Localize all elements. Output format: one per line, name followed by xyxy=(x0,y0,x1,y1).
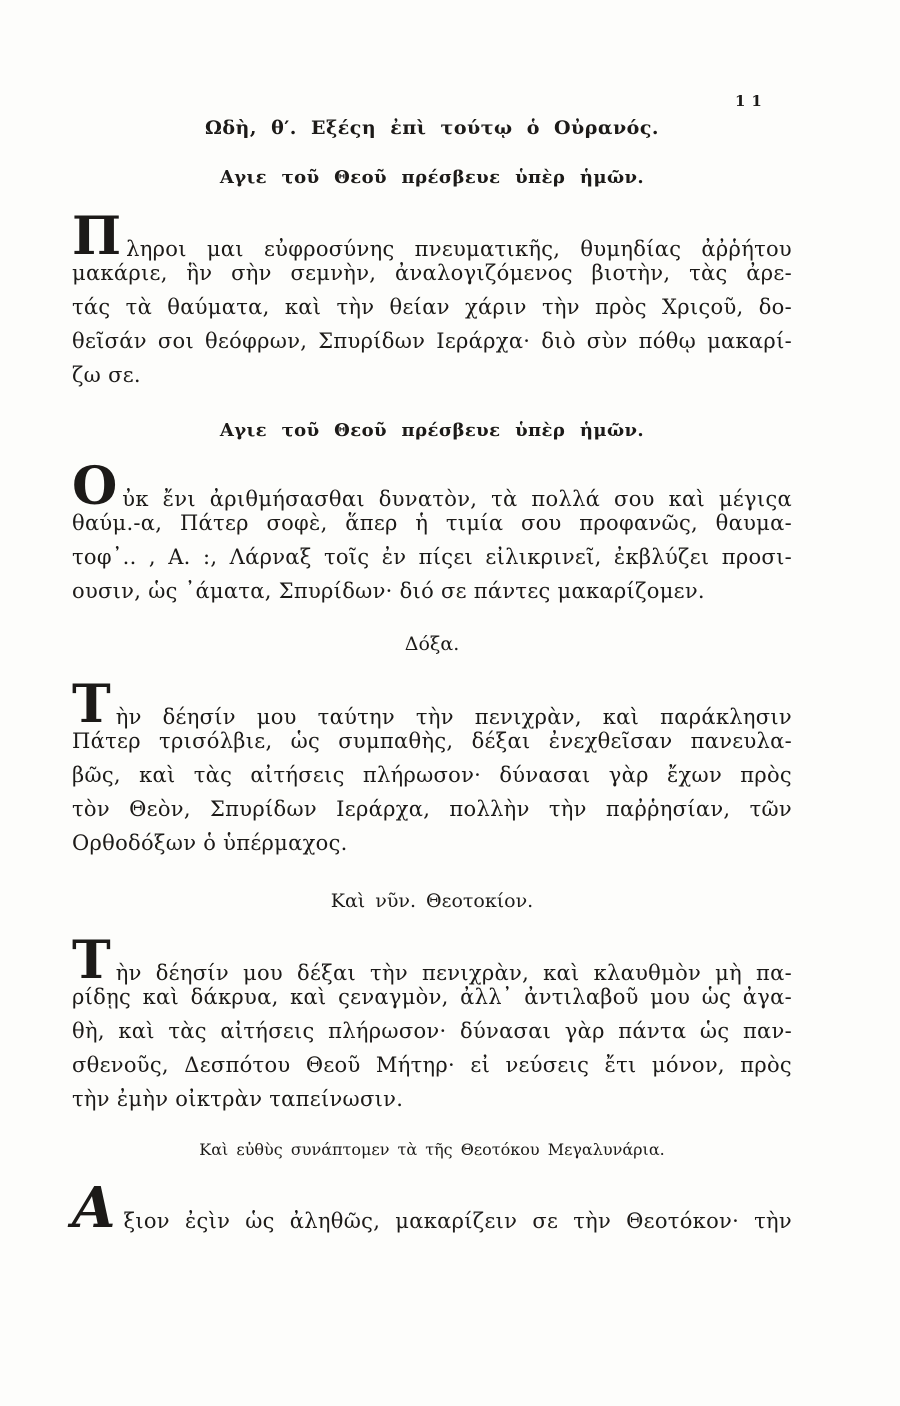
megalynaria-rubric: Καὶ εὐθὺς συνάπτομεν τὰ τῆς Θεοτόκου Μεγ… xyxy=(72,1140,792,1159)
text-line: σθενοῦς, Δεσπότου Θεοῦ Μήτηρ· εἰ νεύσεις… xyxy=(72,1048,792,1082)
troparion-ouk-eni: Ο ὐκ ἔνι ἀριθμήσασθαι δυνατὸν, τὰ πολλά … xyxy=(72,472,792,608)
text-line: ζω σε. xyxy=(72,358,792,392)
text-line: Ορθοδόξων ὁ ὑπέρμαχος. xyxy=(72,826,792,860)
page-number: 11 xyxy=(735,92,768,110)
text-line-content: ξιον ἐςὶν ὡς ἀληθῶς, μακαρίζειν σε τὴν Θ… xyxy=(123,1204,792,1238)
dropcap-initial: Α xyxy=(72,1191,115,1225)
text-line: τάς τὰ θαύματα, καὶ τὴν θείαν χάριν τὴν … xyxy=(72,290,792,324)
text-line: τὸν Θεὸν, Σπυρίδων Ιεράρχα, πολλὴν τὴν π… xyxy=(72,792,792,826)
text-line: Τ ὴν δέησίν μου δέξαι τὴν πενιχρὰν, καὶ … xyxy=(72,946,792,980)
scanned-book-page: 11 Ωδὴ, θ′. Εξέςη ἐπὶ τούτῳ ὁ Οὐρανός. Α… xyxy=(0,0,900,1406)
axion-estin-line: Α ξιον ἐςὶν ὡς ἀληθῶς, μακαρίζειν σε τὴν… xyxy=(72,1192,792,1226)
refrain-line-1: Αγιε τοῦ Θεοῦ πρέσβευε ὑπὲρ ἡμῶν. xyxy=(72,167,792,188)
text-line: θαύμ.-α, Πάτερ σοφὲ, ἅπερ ἡ τιμία σου πρ… xyxy=(72,506,792,540)
text-line: Τ ὴν δέησίν μου ταύτην τὴν πενιχρὰν, καὶ… xyxy=(72,690,792,724)
dropcap-initial: Π xyxy=(72,220,121,254)
text-line: Ο ὐκ ἔνι ἀριθμήσασθαι δυνατὸν, τὰ πολλά … xyxy=(72,472,792,506)
text-line: βῶς, καὶ τὰς αἰτήσεις πλήρωσον· δύνασαι … xyxy=(72,758,792,792)
dropcap-initial: Τ xyxy=(72,688,111,722)
text-line: Π ληροι μαι εὐφροσύνης πνευματικῆς, θυμη… xyxy=(72,222,792,256)
text-line: μακάριε, ἣν σὴν σεμνὴν, ἀναλογιζόμενος β… xyxy=(72,256,792,290)
text-line: Πάτερ τρισόλβιε, ὡς συμπαθὴς, δέξαι ἐνεχ… xyxy=(72,724,792,758)
text-line: τὴν ἐμὴν οἰκτρὰν ταπείνωσιν. xyxy=(72,1082,792,1116)
dropcap-initial: Ο xyxy=(72,470,117,504)
troparion-doxa: Τ ὴν δέησίν μου ταύτην τὴν πενιχρὰν, καὶ… xyxy=(72,690,792,860)
refrain-line-2: Αγιε τοῦ Θεοῦ πρέσβευε ὑπὲρ ἡμῶν. xyxy=(72,420,792,441)
troparion-pliroumai: Π ληροι μαι εὐφροσύνης πνευματικῆς, θυμη… xyxy=(72,222,792,392)
troparion-theotokion: Τ ὴν δέησίν μου δέξαι τὴν πενιχρὰν, καὶ … xyxy=(72,946,792,1116)
text-line: Α ξιον ἐςὶν ὡς ἀληθῶς, μακαρίζειν σε τὴν… xyxy=(72,1192,792,1226)
text-line: θεῖσάν σοι θεόφρων, Σπυρίδων Ιεράρχα· δι… xyxy=(72,324,792,358)
dropcap-initial: Τ xyxy=(72,944,111,978)
doxa-heading: Δόξα. xyxy=(72,633,792,655)
kai-nyn-heading: Καὶ νῦν. Θεοτοκίον. xyxy=(72,890,792,912)
text-line: θὴ, καὶ τὰς αἰτήσεις πλήρωσον· δύνασαι γ… xyxy=(72,1014,792,1048)
text-line: ουσιν, ὡς ᾿άματα, Σπυρίδων· διό σε πάντε… xyxy=(72,574,792,608)
ode-heading: Ωδὴ, θ′. Εξέςη ἐπὶ τούτῳ ὁ Οὐρανός. xyxy=(72,117,792,139)
text-line: τοφ᾽.. , Α. :, Λάρναξ τοῖς ἐν πίςει εἰλι… xyxy=(72,540,792,574)
text-line: ρίδῃς καὶ δάκρυα, καὶ ςεναγμὸν, ἀλλ᾽ ἀντ… xyxy=(72,980,792,1014)
